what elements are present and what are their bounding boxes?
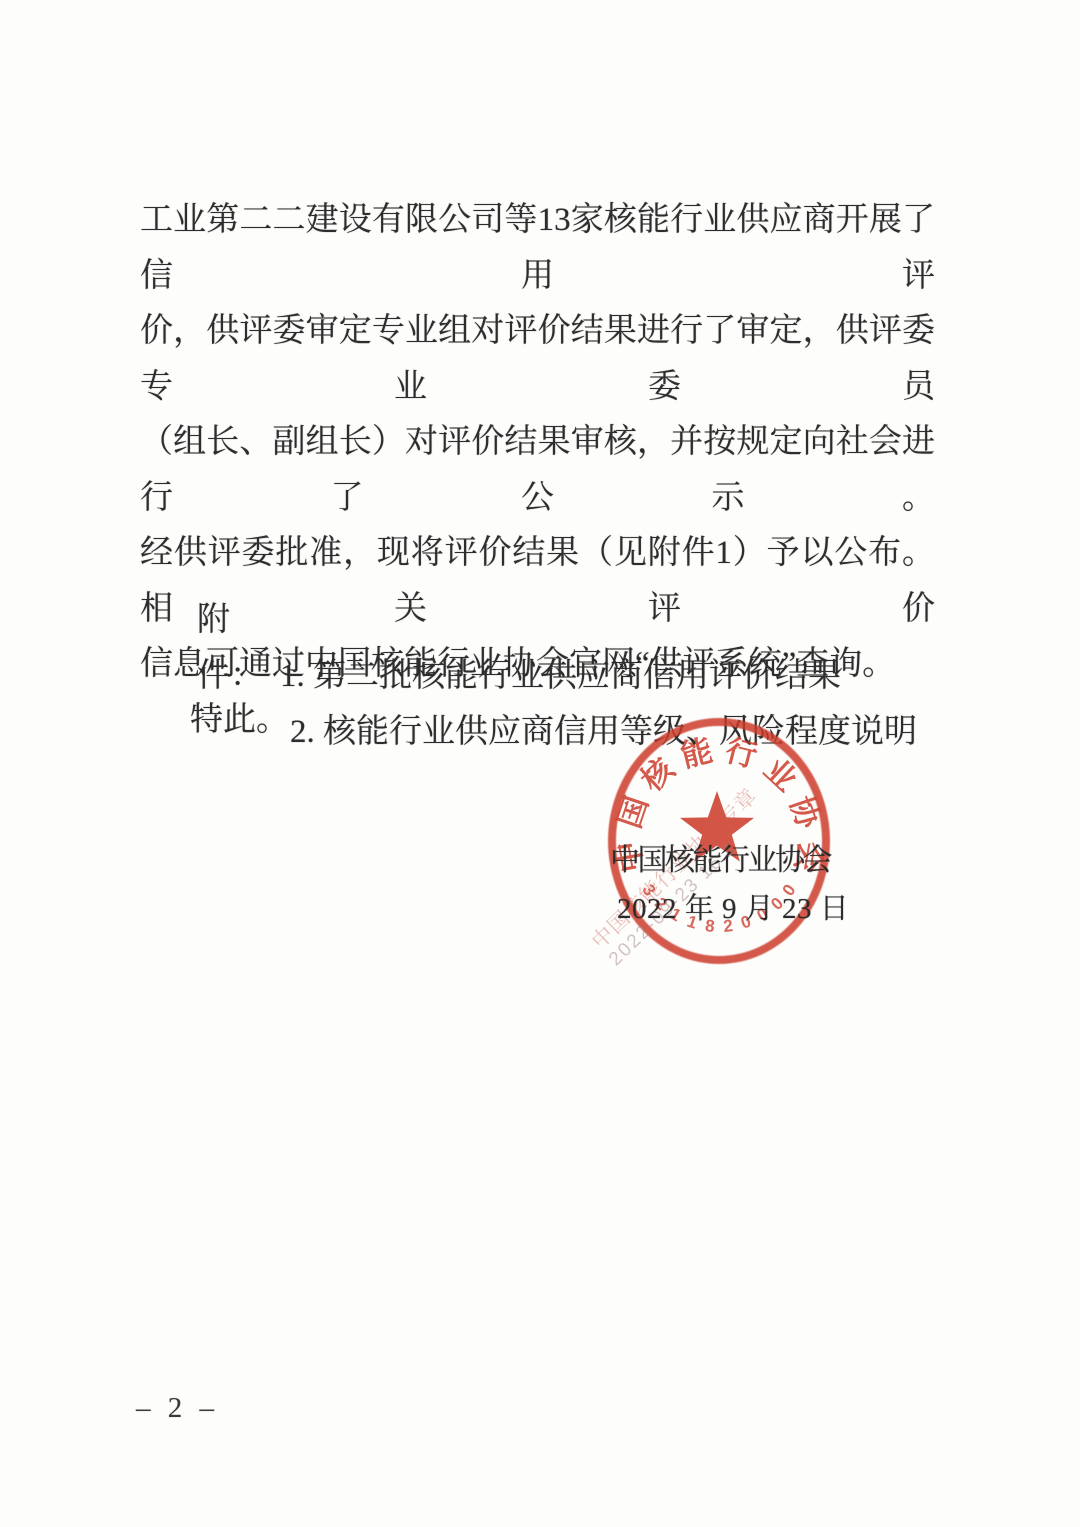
body-line: （组长、副组长）对评价结果审核，并按规定向社会进行了公示。 [140, 415, 935, 526]
signature-date: 2022 年 9 月 23 日 [617, 886, 849, 927]
attachment-item-1: 1. 第二批核能行业供应商信用评价结果 [280, 658, 841, 694]
page-number: – 2 – [136, 1392, 219, 1425]
document-page: 工业第二二建设有限公司等13家核能行业供应商开展了信用评 价，供评委审定专业组对… [0, 0, 1080, 1527]
signature-org: 中国核能行业协会 [610, 835, 830, 879]
attachment-label: 附件： [197, 592, 280, 704]
attachment-line: 附件：1. 第二批核能行业供应商信用评价结果 [197, 592, 917, 704]
body-line: 价，供评委审定专业组对评价结果进行了审定，供评委专业委员 [140, 304, 935, 415]
body-line: 工业第二二建设有限公司等13家核能行业供应商开展了信用评 [140, 193, 935, 304]
